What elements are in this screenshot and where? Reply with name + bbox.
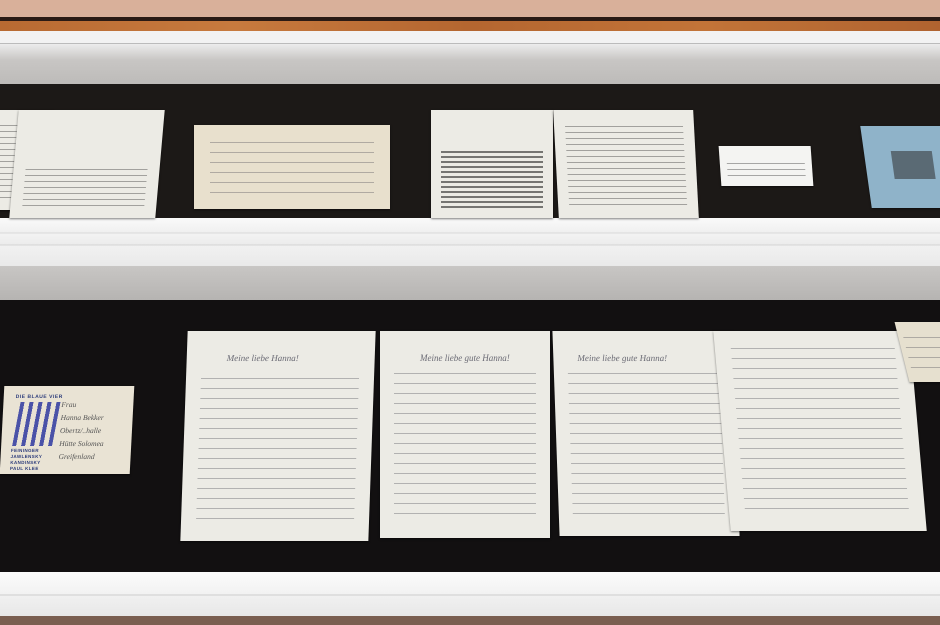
handwritten-text xyxy=(901,328,940,377)
typed-text xyxy=(441,148,544,210)
address-line: Greifenland xyxy=(58,450,103,463)
handwritten-text xyxy=(210,133,375,202)
case-bottom-rail xyxy=(0,572,940,616)
artist-name: PAUL KLEE xyxy=(10,466,42,472)
typed-document-2 xyxy=(553,110,699,218)
letter-salutation: Meine liebe gute Hanna! xyxy=(420,353,510,363)
case-top-rail xyxy=(0,31,940,44)
envelope-die-blaue-vier: DIE BLAUE VIER FEININGER JAWLENSKY KANDI… xyxy=(0,386,134,474)
envelope-address: Frau Hanna Bekker Obertz/..halle Hütte S… xyxy=(58,398,106,463)
gallery-wall xyxy=(0,0,940,18)
blue-stripes-logo xyxy=(12,402,60,446)
blue-catalog xyxy=(860,126,940,208)
handwritten-letter-1: Meine liebe Hanna! xyxy=(180,331,375,541)
letter-salutation: Meine liebe Hanna! xyxy=(227,353,299,363)
handwritten-letter-3: Meine liebe gute Hanna! xyxy=(552,331,739,536)
typed-table-sheet xyxy=(9,110,164,218)
address-line: Hanna Bekker xyxy=(60,411,105,424)
handwritten-ledger xyxy=(194,125,390,209)
wooden-trim xyxy=(0,21,940,31)
label-text xyxy=(727,158,806,176)
exhibit-label-card xyxy=(719,146,814,186)
envelope-artists: FEININGER JAWLENSKY KANDINSKY PAUL KLEE xyxy=(10,448,43,472)
typed-text xyxy=(22,164,149,209)
handwritten-letter-2: Meine liebe gute Hanna! xyxy=(380,331,550,538)
address-line: Obertz/..halle xyxy=(60,424,105,437)
case-glass-panel-top xyxy=(0,44,940,84)
handwritten-letter-4 xyxy=(713,331,926,531)
case-glass-panel-middle xyxy=(0,266,940,300)
handwritten-text xyxy=(196,369,359,524)
handwritten-text xyxy=(394,364,537,521)
handwritten-text xyxy=(730,339,910,515)
floor xyxy=(0,616,940,625)
typed-document-1 xyxy=(431,110,553,218)
address-line: Hütte Solomea xyxy=(59,437,104,450)
letter-salutation: Meine liebe gute Hanna! xyxy=(577,353,667,363)
case-middle-rail xyxy=(0,218,940,266)
catalog-image xyxy=(891,151,936,180)
handwritten-text xyxy=(568,364,725,520)
address-line: Frau xyxy=(61,398,106,411)
typed-text xyxy=(565,121,687,210)
envelope-header: DIE BLAUE VIER xyxy=(16,394,63,400)
